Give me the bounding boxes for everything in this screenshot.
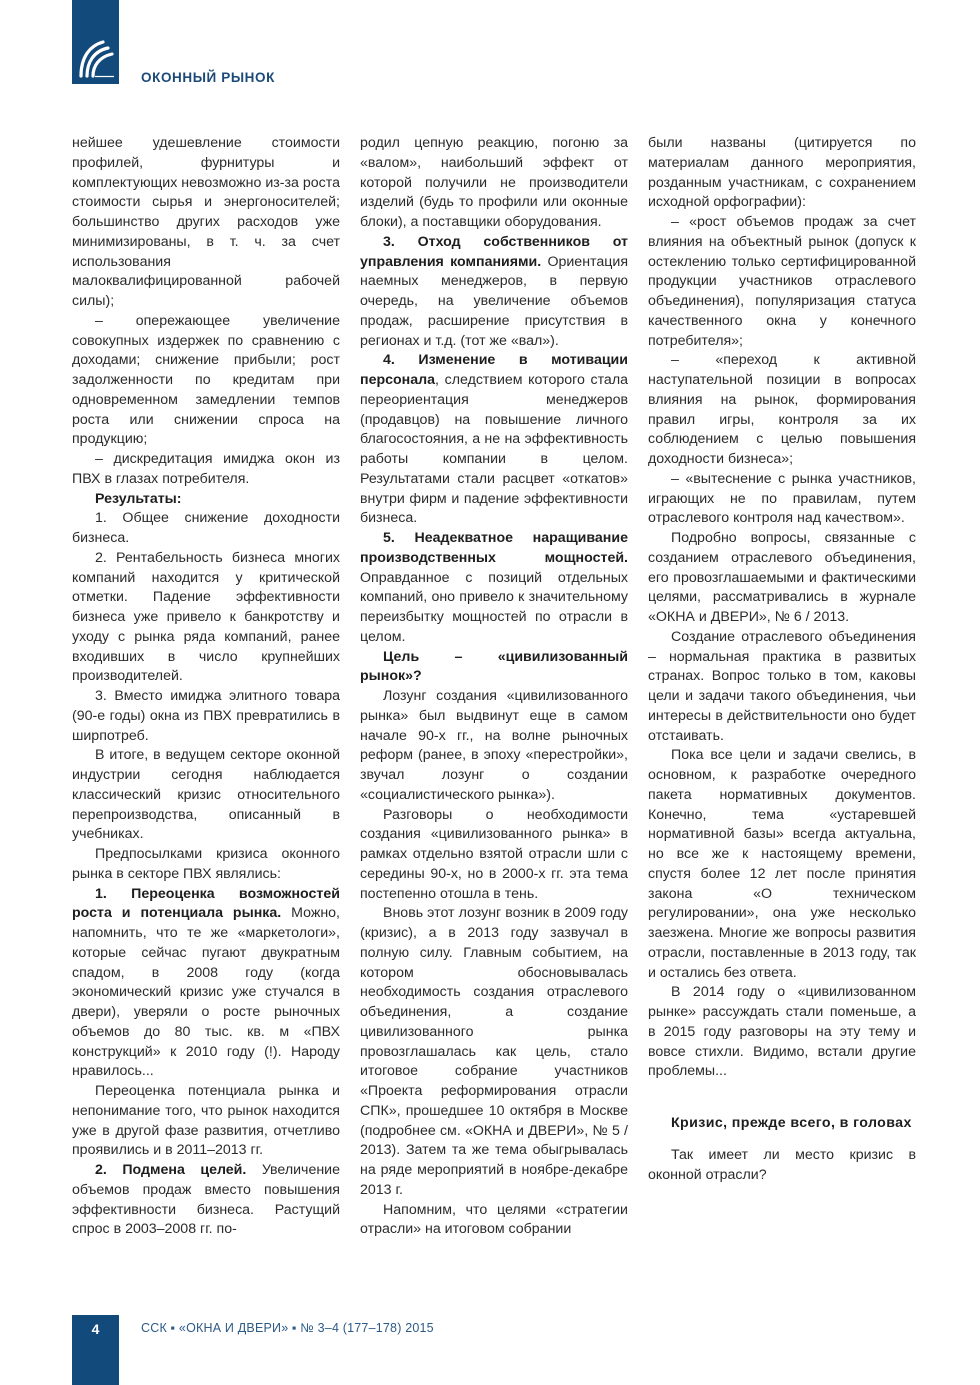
paragraph-text: Лозунг создания «цивилизованного рынка» … <box>360 688 628 803</box>
paragraph: 5. Неадекватное наращивание производстве… <box>360 529 628 648</box>
paragraph-text: Оправданное с позиций отдельных компаний… <box>360 570 628 645</box>
paragraph-text: Подробно вопросы, связанные с созданием … <box>648 530 916 625</box>
paragraph: 1. Переоценка возможностей роста и потен… <box>72 885 340 1083</box>
paragraph: Цель – «цивилизованный рынок»? <box>360 648 628 688</box>
paragraph-text: Напомним, что целями «стратегии отрасли»… <box>360 1202 628 1238</box>
paragraph-text: Создание отраслевого объединения – норма… <box>648 629 916 744</box>
paragraph: Пока все цели и задачи свелись, в основн… <box>648 746 916 983</box>
paragraph-text: Пока все цели и задачи свелись, в основн… <box>648 747 916 980</box>
window-frame-logo-icon <box>77 36 115 78</box>
paragraph: – «рост объемов продаж за счет влияния н… <box>648 213 916 351</box>
paragraph-text: Можно, напомнить, что те же «маркетологи… <box>72 905 340 1079</box>
paragraph: – «вытеснение с рынка участников, играющ… <box>648 470 916 529</box>
paragraph: – дискредитация имиджа окон из ПВХ в гла… <box>72 450 340 490</box>
section-title: ОКОННЫЙ РЫНОК <box>141 70 275 85</box>
paragraph-text: – дискредитация имиджа окон из ПВХ в гла… <box>72 451 340 487</box>
text-column-1: нейшее удешевление стоимости профилей, ф… <box>72 134 340 1240</box>
paragraph-text: – опережающее увеличение совокупных изде… <box>72 313 340 448</box>
paragraph-text: были названы (цитируется по материалам д… <box>648 135 916 210</box>
paragraph-text: В 2014 году о «цивилизованном рынке» рас… <box>648 984 916 1079</box>
paragraph: Подробно вопросы, связанные с созданием … <box>648 529 916 628</box>
subheading: Кризис, прежде всего, в головах <box>648 1114 916 1132</box>
paragraph: Вновь этот лозунг возник в 2009 году (кр… <box>360 904 628 1200</box>
paragraph: В 2014 году о «цивилизованном рынке» рас… <box>648 983 916 1082</box>
text-column-2: родил цепную реакцию, погоню за «валом»,… <box>360 134 628 1240</box>
page-number: 4 <box>72 1321 119 1337</box>
paragraph-text: – «рост объемов продаж за счет влияния н… <box>648 214 916 349</box>
paragraph: Лозунг создания «цивилизованного рынка» … <box>360 687 628 806</box>
paragraph-text: 1. Общее снижение доходности бизнеса. <box>72 510 340 546</box>
paragraph-text: – «переход к активной наступательной поз… <box>648 352 916 467</box>
page-number-block: 4 <box>72 1315 119 1385</box>
paragraph-text: Предпосылками кризиса оконного рынка в с… <box>72 846 340 882</box>
paragraph-text: – «вытеснение с рынка участников, играющ… <box>648 471 916 527</box>
paragraph: родил цепную реакцию, погоню за «валом»,… <box>360 134 628 233</box>
paragraph-text: родил цепную реакцию, погоню за «валом»,… <box>360 135 628 230</box>
paragraph: Предпосылками кризиса оконного рынка в с… <box>72 845 340 885</box>
paragraph: Напомним, что целями «стратегии отрасли»… <box>360 1201 628 1241</box>
paragraph: – «переход к активной наступательной поз… <box>648 351 916 470</box>
paragraph: были названы (цитируется по материалам д… <box>648 134 916 213</box>
paragraph: 2. Подмена целей. Увеличение объемов про… <box>72 1161 340 1240</box>
paragraph-lead-bold: 5. Неадекватное наращивание производстве… <box>360 530 628 566</box>
paragraph: Переоценка потенциала рынка и непонимани… <box>72 1082 340 1161</box>
paragraph: Так имеет ли место кризис в оконной отра… <box>648 1146 916 1186</box>
paragraph-text: 3. Вместо имиджа элитного товара (90-е г… <box>72 688 340 744</box>
paragraph-text: 2. Рентабельность бизнеса многих компани… <box>72 550 340 685</box>
paragraph-text: Переоценка потенциала рынка и непонимани… <box>72 1083 340 1158</box>
paragraph-lead-bold: Цель – «цивилизованный рынок»? <box>360 649 628 685</box>
paragraph: 3. Отход собственников от управления ком… <box>360 233 628 352</box>
paragraph-text: В итоге, в ведущем секторе оконной индус… <box>72 747 340 842</box>
paragraph: – опережающее увеличение совокупных изде… <box>72 312 340 450</box>
paragraph-text: Разговоры о необходимости создания «циви… <box>360 807 628 902</box>
subheading-text: Кризис, прежде всего, в головах <box>671 1115 912 1131</box>
paragraph-lead-bold: 2. Подмена целей. <box>95 1162 246 1178</box>
paragraph: Создание отраслевого объединения – норма… <box>648 628 916 747</box>
paragraph: 3. Вместо имиджа элитного товара (90-е г… <box>72 687 340 746</box>
paragraph: 1. Общее снижение доходности бизнеса. <box>72 509 340 549</box>
paragraph-text: , следствием которого стала переориентац… <box>360 372 628 526</box>
paragraph: 4. Изменение в мотивации персонала, след… <box>360 351 628 529</box>
paragraph: нейшее удешевление стоимости профилей, ф… <box>72 134 340 312</box>
logo-block <box>72 0 119 84</box>
paragraph: В итоге, в ведущем секторе оконной индус… <box>72 746 340 845</box>
paragraph-text: Так имеет ли место кризис в оконной отра… <box>648 1147 916 1183</box>
paragraph: 2. Рентабельность бизнеса многих компани… <box>72 549 340 687</box>
paragraph: Результаты: <box>72 490 340 510</box>
paragraph-text: нейшее удешевление стоимости профилей, ф… <box>72 135 340 309</box>
paragraph: Разговоры о необходимости создания «циви… <box>360 806 628 905</box>
paragraph-lead-bold: Результаты: <box>95 491 182 507</box>
text-column-3: были названы (цитируется по материалам д… <box>648 134 916 1186</box>
publication-info: ССК ▪ «ОКНА И ДВЕРИ» ▪ № 3–4 (177–178) 2… <box>141 1321 434 1335</box>
paragraph-text: Вновь этот лозунг возник в 2009 году (кр… <box>360 905 628 1198</box>
